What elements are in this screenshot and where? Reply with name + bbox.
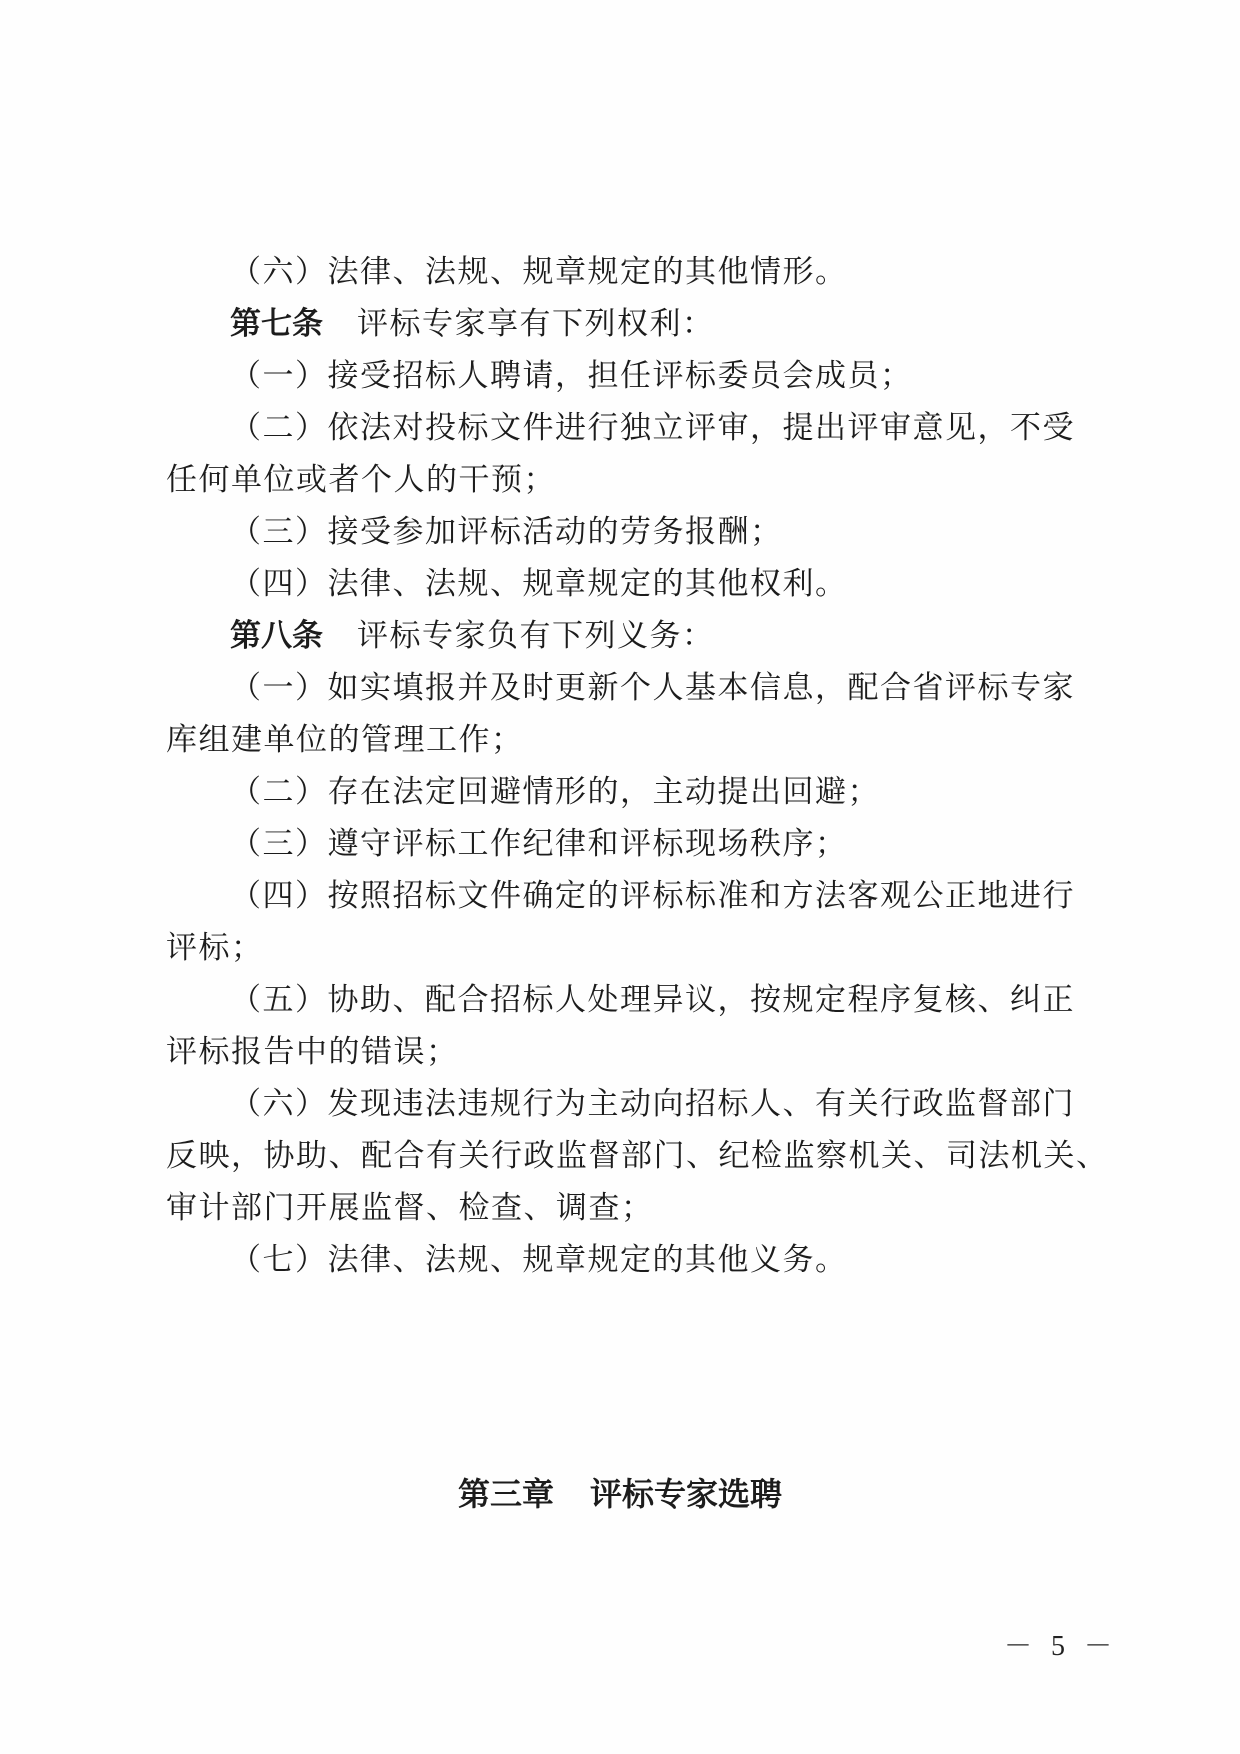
document-page: （六）法律、法规、规章规定的其他情形。 第七条评标专家享有下列权利： （一）接受… <box>0 0 1240 1754</box>
chapter-number: 第三章 <box>458 1475 554 1513</box>
clause-line: （三）接受参加评标活动的劳务报酬； <box>230 512 783 552</box>
chapter-heading: 第三章评标专家选聘 <box>0 1474 1240 1514</box>
clause-line: （一）接受招标人聘请，担任评标委员会成员； <box>230 356 913 396</box>
clause-line-continued: 评标； <box>166 928 264 968</box>
clause-line-continued: 评标报告中的错误； <box>166 1032 459 1072</box>
clause-line: （四）法律、法规、规章规定的其他权利。 <box>230 564 848 604</box>
clause-line: （三）遵守评标工作纪律和评标现场秩序； <box>230 824 848 864</box>
clause-line-continued: 任何单位或者个人的干预； <box>166 460 556 500</box>
article-heading: 第七条 <box>230 306 323 342</box>
clause-line: （一）如实填报并及时更新个人基本信息，配合省评标专家 <box>230 668 1075 708</box>
article-heading: 第八条 <box>230 618 323 654</box>
article-text: 评标专家负有下列义务： <box>357 618 715 654</box>
clause-line: （四）按照招标文件确定的评标标准和方法客观公正地进行 <box>230 876 1075 916</box>
clause-line: （五）协助、配合招标人处理异议，按规定程序复核、纠正 <box>230 980 1075 1020</box>
clause-line: （六）法律、法规、规章规定的其他情形。 <box>230 252 848 292</box>
chapter-title-text: 评标专家选聘 <box>590 1475 782 1513</box>
clause-line: （二）依法对投标文件进行独立评审，提出评审意见，不受 <box>230 408 1075 448</box>
clause-line: （六）发现违法违规行为主动向招标人、有关行政监督部门 <box>230 1084 1075 1124</box>
clause-line-continued: 库组建单位的管理工作； <box>166 720 524 760</box>
clause-line-continued: 反映，协助、配合有关行政监督部门、纪检监察机关、司法机关、 <box>166 1136 1109 1176</box>
clause-line: （二）存在法定回避情形的，主动提出回避； <box>230 772 880 812</box>
article-line: 第八条评标专家负有下列义务： <box>230 616 715 656</box>
page-number: － 5 － <box>1004 1630 1118 1664</box>
article-text: 评标专家享有下列权利： <box>357 306 715 342</box>
clause-line-continued: 审计部门开展监督、检查、调查； <box>166 1188 654 1228</box>
article-line: 第七条评标专家享有下列权利： <box>230 304 715 344</box>
clause-line: （七）法律、法规、规章规定的其他义务。 <box>230 1240 848 1280</box>
